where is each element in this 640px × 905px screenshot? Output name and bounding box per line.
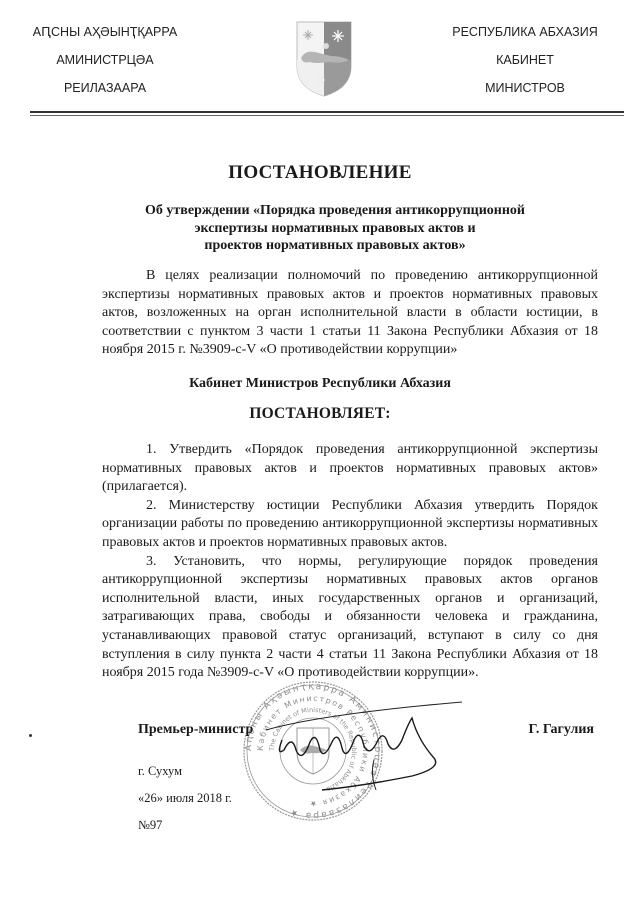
letterhead-abkhaz-line-1: АԤСНЫ АҲӘЫНҬҚАРРА [30, 18, 180, 46]
preamble-paragraph: В целях реализации полномочий по проведе… [102, 267, 598, 360]
handwritten-signature [262, 690, 462, 800]
letterhead-russian-line-2: КАБИНЕТ [450, 46, 600, 74]
scan-speck [29, 734, 32, 737]
subject-line-3: проектов нормативных правовых актов» [100, 237, 570, 255]
coat-of-arms-icon [293, 18, 355, 98]
letterhead-russian-line-1: РЕСПУБЛИКА АБХАЗИЯ [450, 18, 600, 46]
issue-city: г. Сухум [138, 764, 182, 779]
resolution-item-3: 3. Установить, что нормы, регулирующие п… [102, 553, 598, 683]
letterhead-divider-secondary [30, 115, 624, 117]
letterhead-abkhaz-line-2: АМИНИСТРЦӘА [30, 46, 180, 74]
signatory-name: Г. Гагулия [528, 722, 594, 738]
letterhead-russian-line-3: МИНИСТРОВ [450, 74, 600, 102]
letterhead-russian: РЕСПУБЛИКА АБХАЗИЯ КАБИНЕТ МИНИСТРОВ [450, 18, 600, 102]
document-title: ПОСТАНОВЛЕНИЕ [0, 162, 640, 184]
issuer-heading: Кабинет Министров Республики Абхазия [0, 376, 640, 392]
resolves-heading: ПОСТАНОВЛЯЕТ: [0, 405, 640, 423]
subject-line-1: Об утверждении «Порядка проведения антик… [100, 202, 570, 220]
letterhead-abkhaz: АԤСНЫ АҲӘЫНҬҚАРРА АМИНИСТРЦӘА РЕИЛАЗААРА [30, 18, 180, 102]
document-subject: Об утверждении «Порядка проведения антик… [100, 202, 570, 255]
issue-date: «26» июля 2018 г. [138, 791, 232, 806]
resolution-item-1: 1. Утвердить «Порядок проведения антикор… [102, 441, 598, 497]
letterhead-divider [30, 111, 624, 113]
document-number: №97 [138, 818, 162, 833]
signatory-position: Премьер-министр [138, 722, 253, 738]
letterhead-abkhaz-line-3: РЕИЛАЗААРА [30, 74, 180, 102]
resolution-item-2: 2. Министерству юстиции Республики Абхаз… [102, 497, 598, 553]
subject-line-2: экспертизы нормативных правовых актов и [100, 220, 570, 238]
resolution-items: 1. Утвердить «Порядок проведения антикор… [102, 441, 598, 683]
